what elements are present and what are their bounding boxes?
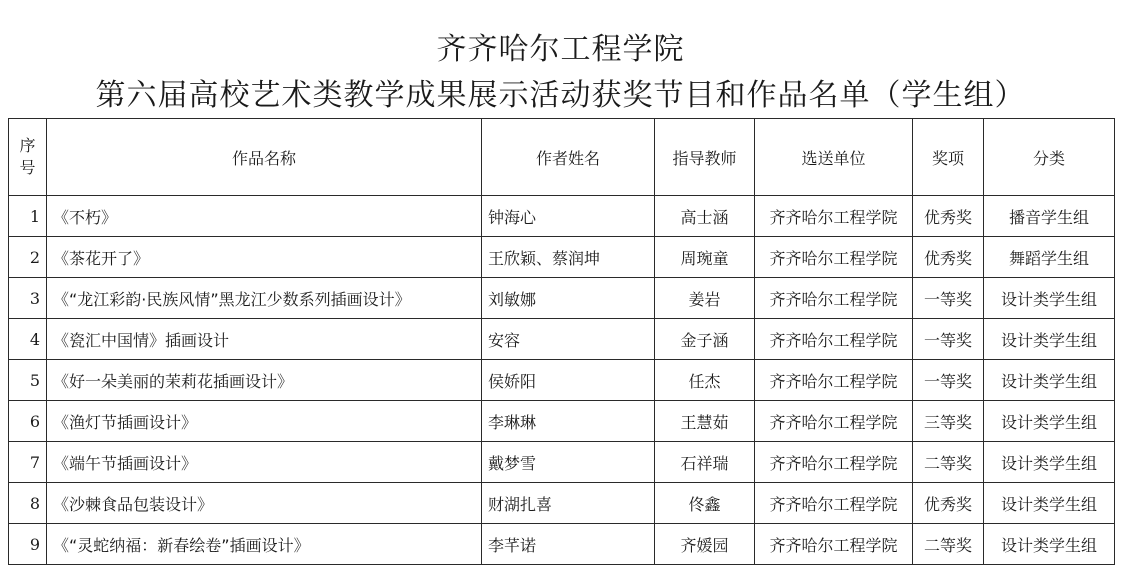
table-header-row: 序 号 作品名称 作者姓名 指导教师 选送单位 奖项 分类 — [9, 119, 1115, 196]
cell-seq: 2 — [9, 237, 47, 278]
cell-award: 优秀奖 — [913, 237, 984, 278]
cell-title: 《好一朵美丽的茉莉花插画设计》 — [47, 360, 482, 401]
table-row: 5 《好一朵美丽的茉莉花插画设计》 侯娇阳 任杰 齐齐哈尔工程学院 一等奖 设计… — [9, 360, 1115, 401]
cell-award: 三等奖 — [913, 401, 984, 442]
header-seq-line2: 号 — [19, 158, 35, 177]
cell-advisor: 石祥瑞 — [655, 442, 755, 483]
cell-seq: 6 — [9, 401, 47, 442]
header-category: 分类 — [984, 119, 1115, 196]
cell-seq: 5 — [9, 360, 47, 401]
cell-author: 王欣颖、蔡润坤 — [482, 237, 655, 278]
cell-author: 财湖扎喜 — [482, 483, 655, 524]
table-row: 1 《不朽》 钟海心 高士涵 齐齐哈尔工程学院 优秀奖 播音学生组 — [9, 196, 1115, 237]
cell-author: 安容 — [482, 319, 655, 360]
cell-seq: 9 — [9, 524, 47, 565]
cell-title: 《沙棘食品包装设计》 — [47, 483, 482, 524]
cell-seq: 1 — [9, 196, 47, 237]
cell-award: 优秀奖 — [913, 483, 984, 524]
cell-category: 舞蹈学生组 — [984, 237, 1115, 278]
cell-title: 《渔灯节插画设计》 — [47, 401, 482, 442]
table-row: 2 《茶花开了》 王欣颖、蔡润坤 周琬童 齐齐哈尔工程学院 优秀奖 舞蹈学生组 — [9, 237, 1115, 278]
cell-author: 李芊诺 — [482, 524, 655, 565]
table-row: 6 《渔灯节插画设计》 李琳琳 王慧茹 齐齐哈尔工程学院 三等奖 设计类学生组 — [9, 401, 1115, 442]
cell-unit: 齐齐哈尔工程学院 — [755, 319, 913, 360]
cell-unit: 齐齐哈尔工程学院 — [755, 442, 913, 483]
cell-category: 设计类学生组 — [984, 319, 1115, 360]
cell-award: 一等奖 — [913, 360, 984, 401]
cell-title: 《端午节插画设计》 — [47, 442, 482, 483]
table-row: 9 《“灵蛇纳福：新春绘卷”插画设计》 李芊诺 齐媛园 齐齐哈尔工程学院 二等奖… — [9, 524, 1115, 565]
cell-category: 播音学生组 — [984, 196, 1115, 237]
cell-author: 侯娇阳 — [482, 360, 655, 401]
cell-author: 戴梦雪 — [482, 442, 655, 483]
header-seq: 序 号 — [9, 119, 47, 196]
cell-unit: 齐齐哈尔工程学院 — [755, 401, 913, 442]
document-subtitle: 第六届高校艺术类教学成果展示活动获奖节目和作品名单（学生组） — [0, 76, 1121, 116]
table-row: 8 《沙棘食品包装设计》 财湖扎喜 佟鑫 齐齐哈尔工程学院 优秀奖 设计类学生组 — [9, 483, 1115, 524]
cell-category: 设计类学生组 — [984, 401, 1115, 442]
cell-advisor: 姜岩 — [655, 278, 755, 319]
table-row: 3 《“龙江彩韵·民族风情”黑龙江少数系列插画设计》 刘敏娜 姜岩 齐齐哈尔工程… — [9, 278, 1115, 319]
cell-unit: 齐齐哈尔工程学院 — [755, 237, 913, 278]
cell-award: 一等奖 — [913, 319, 984, 360]
cell-category: 设计类学生组 — [984, 483, 1115, 524]
cell-advisor: 任杰 — [655, 360, 755, 401]
header-advisor: 指导教师 — [655, 119, 755, 196]
cell-award: 优秀奖 — [913, 196, 984, 237]
cell-advisor: 金子涵 — [655, 319, 755, 360]
cell-seq: 3 — [9, 278, 47, 319]
cell-award: 一等奖 — [913, 278, 984, 319]
cell-unit: 齐齐哈尔工程学院 — [755, 524, 913, 565]
cell-advisor: 高士涵 — [655, 196, 755, 237]
table-row: 4 《瓷汇中国情》插画设计 安容 金子涵 齐齐哈尔工程学院 一等奖 设计类学生组 — [9, 319, 1115, 360]
cell-category: 设计类学生组 — [984, 278, 1115, 319]
cell-title: 《瓷汇中国情》插画设计 — [47, 319, 482, 360]
header-author: 作者姓名 — [482, 119, 655, 196]
cell-advisor: 佟鑫 — [655, 483, 755, 524]
cell-category: 设计类学生组 — [984, 360, 1115, 401]
cell-author: 李琳琳 — [482, 401, 655, 442]
cell-author: 钟海心 — [482, 196, 655, 237]
cell-unit: 齐齐哈尔工程学院 — [755, 360, 913, 401]
cell-title: 《不朽》 — [47, 196, 482, 237]
cell-unit: 齐齐哈尔工程学院 — [755, 196, 913, 237]
table-row: 7 《端午节插画设计》 戴梦雪 石祥瑞 齐齐哈尔工程学院 二等奖 设计类学生组 — [9, 442, 1115, 483]
header-award: 奖项 — [913, 119, 984, 196]
cell-seq: 7 — [9, 442, 47, 483]
header-title: 作品名称 — [47, 119, 482, 196]
cell-unit: 齐齐哈尔工程学院 — [755, 278, 913, 319]
cell-unit: 齐齐哈尔工程学院 — [755, 483, 913, 524]
cell-title: 《“灵蛇纳福：新春绘卷”插画设计》 — [47, 524, 482, 565]
cell-advisor: 齐媛园 — [655, 524, 755, 565]
cell-category: 设计类学生组 — [984, 524, 1115, 565]
cell-advisor: 周琬童 — [655, 237, 755, 278]
header-unit: 选送单位 — [755, 119, 913, 196]
cell-award: 二等奖 — [913, 524, 984, 565]
awards-table: 序 号 作品名称 作者姓名 指导教师 选送单位 奖项 分类 1 《不朽》 钟海心… — [8, 118, 1115, 565]
cell-author: 刘敏娜 — [482, 278, 655, 319]
cell-title: 《茶花开了》 — [47, 237, 482, 278]
header-seq-line1: 序 — [19, 136, 35, 155]
cell-advisor: 王慧茹 — [655, 401, 755, 442]
cell-title: 《“龙江彩韵·民族风情”黑龙江少数系列插画设计》 — [47, 278, 482, 319]
cell-award: 二等奖 — [913, 442, 984, 483]
document-title: 齐齐哈尔工程学院 — [0, 30, 1121, 70]
cell-seq: 4 — [9, 319, 47, 360]
cell-seq: 8 — [9, 483, 47, 524]
cell-category: 设计类学生组 — [984, 442, 1115, 483]
